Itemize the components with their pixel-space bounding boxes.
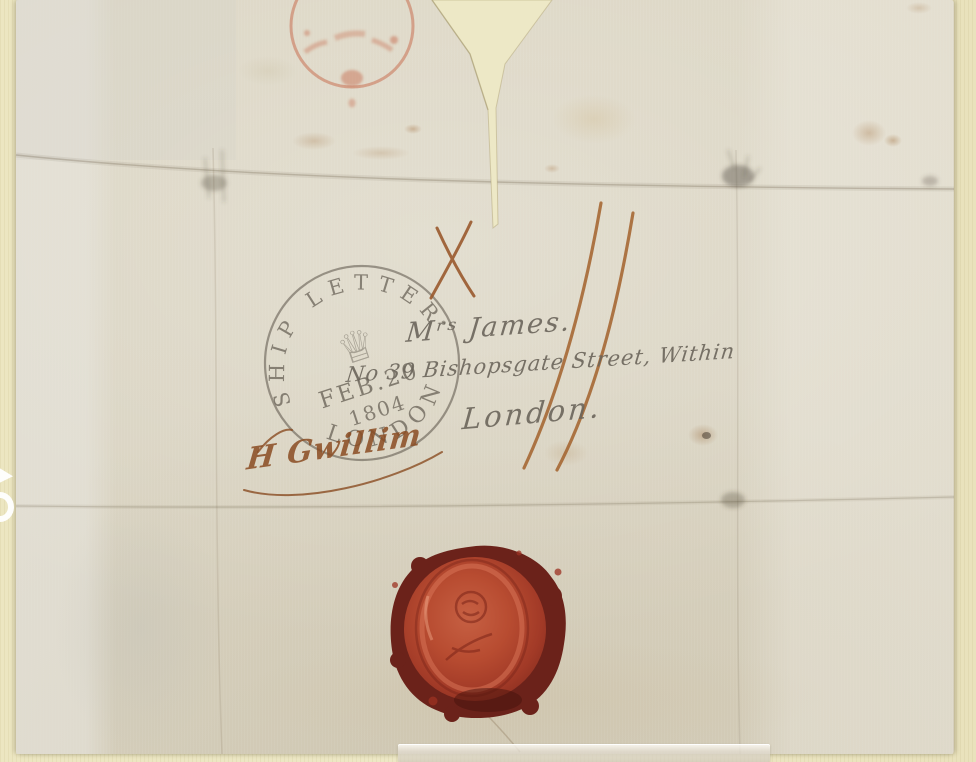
letter-scan: SHIP LETTER ♕ FEB.20 1804 LONDON bbox=[0, 0, 976, 762]
mounting-strip bbox=[398, 744, 770, 762]
